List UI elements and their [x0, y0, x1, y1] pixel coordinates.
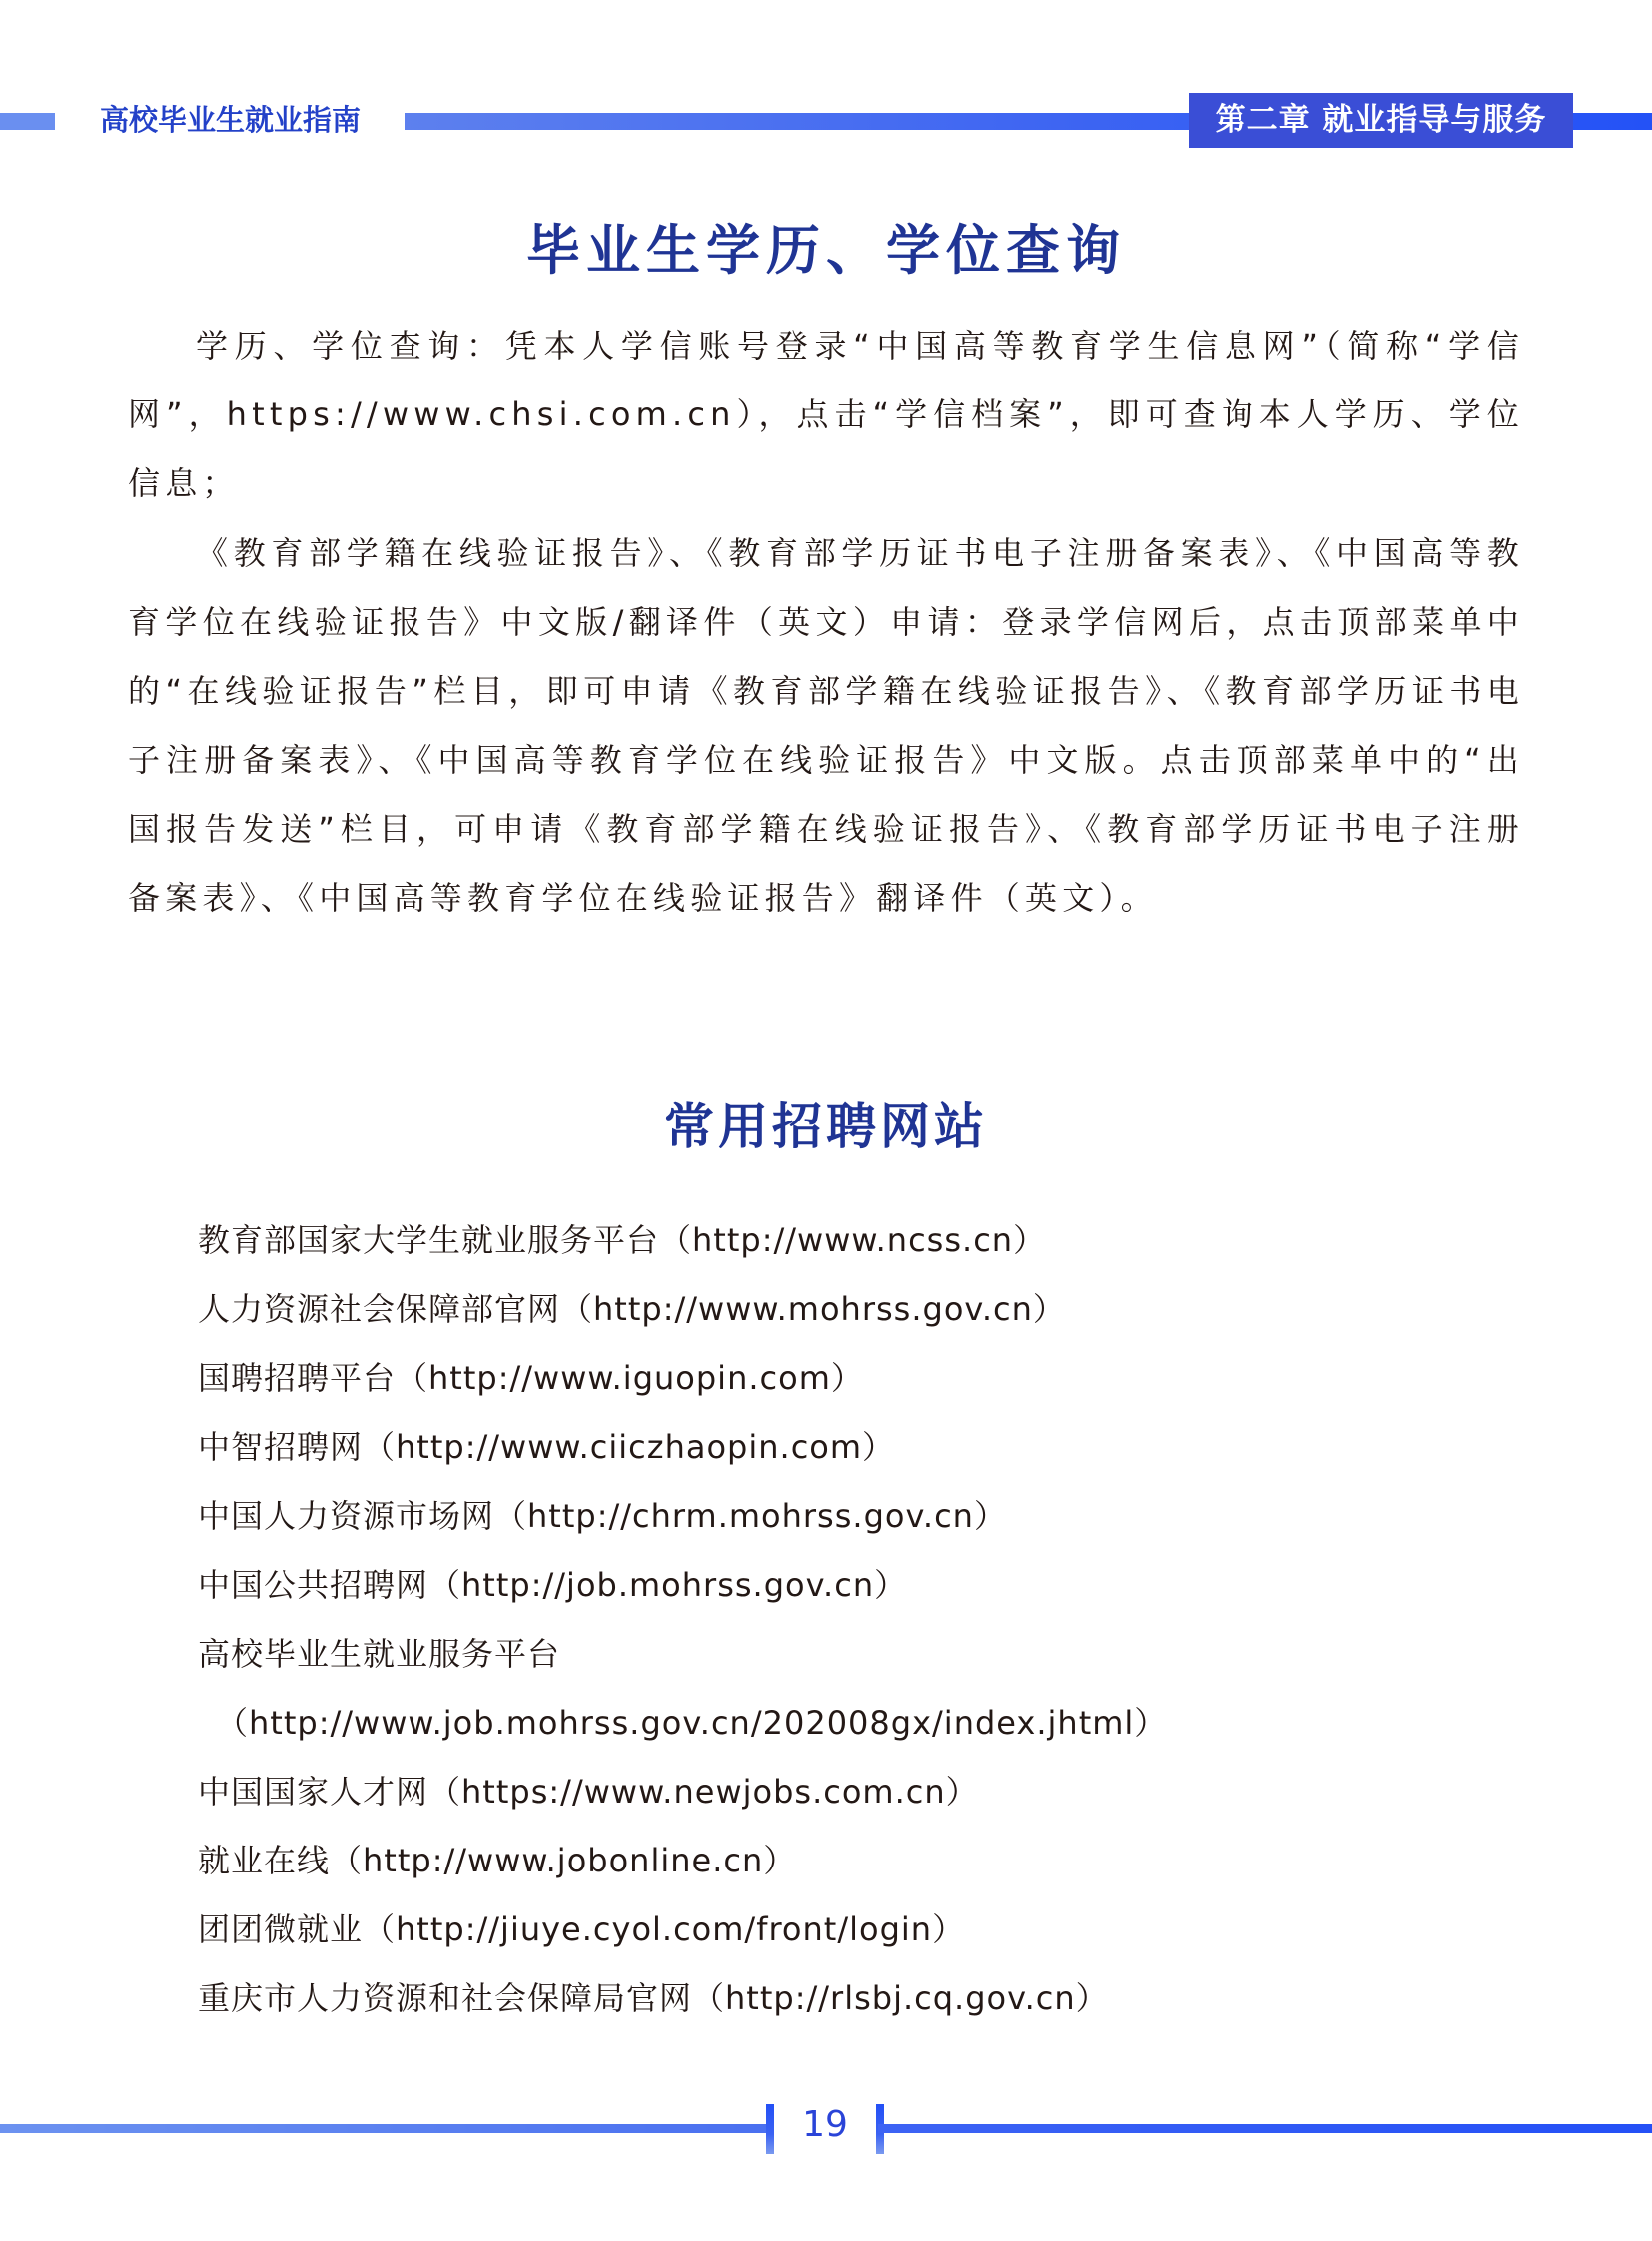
job-sites-list: 教育部国家大学生就业服务平台（http://www.ncss.cn） 人力资源社… — [198, 1206, 1496, 2033]
site-name: 团团微就业 — [198, 1910, 363, 1948]
list-item: 中国人力资源市场网（http://chrm.mohrss.gov.cn） — [198, 1482, 1496, 1551]
paragraph-degree-query: 学历、学位查询：凭本人学信账号登录“中国高等教育学生信息网”（简称“学信网”，h… — [128, 312, 1524, 518]
list-item-continuation: （http://www.job.mohrss.gov.cn/202008gx/i… — [198, 1689, 1496, 1758]
footer-left-tick — [766, 2104, 774, 2154]
paragraph-verification-reports: 《教育部学籍在线验证报告》、《教育部学历证书电子注册备案表》、《中国高等教育学位… — [128, 519, 1524, 933]
section-title-job-sites: 常用招聘网站 — [0, 1087, 1652, 1158]
site-name: 重庆市人力资源和社会保障局官网 — [198, 1979, 692, 2017]
footer-left-bar — [0, 2124, 766, 2133]
chapter-badge: 第二章 就业指导与服务 — [1189, 93, 1573, 148]
site-name: 中国公共招聘网 — [198, 1566, 428, 1604]
site-url-link[interactable]: （http://jiuye.cyol.com/front/login） — [363, 1910, 965, 1948]
list-item: 人力资源社会保障部官网（http://www.mohrss.gov.cn） — [198, 1275, 1496, 1344]
list-item: 高校毕业生就业服务平台 — [198, 1620, 1496, 1689]
site-name: 就业在线 — [198, 1842, 330, 1879]
list-item: 中智招聘网（http://www.ciiczhaopin.com） — [198, 1413, 1496, 1482]
paragraph-text: 《教育部学籍在线验证报告》、《教育部学历证书电子注册备案表》、《中国高等教育学位… — [128, 519, 1524, 933]
list-item: 就业在线（http://www.jobonline.cn） — [198, 1827, 1496, 1895]
site-url-link[interactable]: （http://www.job.mohrss.gov.cn/202008gx/i… — [216, 1704, 1167, 1742]
site-name: 高校毕业生就业服务平台 — [198, 1635, 560, 1673]
site-url-link[interactable]: （http://www.jobonline.cn） — [330, 1842, 796, 1879]
section-title-degree-query: 毕业生学历、学位查询 — [0, 208, 1652, 285]
list-item: 国聘招聘平台（http://www.iguopin.com） — [198, 1344, 1496, 1413]
list-item: 团团微就业（http://jiuye.cyol.com/front/login） — [198, 1895, 1496, 1964]
site-url-link[interactable]: （http://www.ncss.cn） — [659, 1221, 1046, 1259]
site-name: 中国人力资源市场网 — [198, 1497, 494, 1535]
site-url-link[interactable]: （http://job.mohrss.gov.cn） — [428, 1566, 907, 1604]
book-title: 高校毕业生就业指南 — [100, 99, 361, 141]
site-name: 国聘招聘平台 — [198, 1359, 396, 1397]
site-url-link[interactable]: （http://chrm.mohrss.gov.cn） — [494, 1497, 1007, 1535]
list-item: 重庆市人力资源和社会保障局官网（http://rlsbj.cq.gov.cn） — [198, 1964, 1496, 2033]
site-name: 人力资源社会保障部官网 — [198, 1290, 560, 1328]
site-name: 中国国家人才网 — [198, 1773, 428, 1811]
list-item: 中国公共招聘网（http://job.mohrss.gov.cn） — [198, 1551, 1496, 1620]
site-name: 中智招聘网 — [198, 1428, 363, 1466]
page-number: 19 — [774, 2100, 876, 2150]
header-left-bar — [0, 113, 55, 130]
site-url-link[interactable]: （http://www.mohrss.gov.cn） — [560, 1290, 1066, 1328]
site-url-link[interactable]: （http://www.ciiczhaopin.com） — [363, 1428, 895, 1466]
site-name: 教育部国家大学生就业服务平台 — [198, 1221, 659, 1259]
paragraph-text: 学历、学位查询：凭本人学信账号登录“中国高等教育学生信息网”（简称“学信网”，h… — [128, 312, 1524, 518]
site-url-link[interactable]: （http://rlsbj.cq.gov.cn） — [692, 1979, 1109, 2017]
list-item: 中国国家人才网（https://www.newjobs.com.cn） — [198, 1758, 1496, 1827]
site-url-link[interactable]: （https://www.newjobs.com.cn） — [428, 1773, 979, 1811]
footer-right-bar — [878, 2124, 1652, 2133]
list-item: 教育部国家大学生就业服务平台（http://www.ncss.cn） — [198, 1206, 1496, 1275]
site-url-link[interactable]: （http://www.iguopin.com） — [396, 1359, 864, 1397]
